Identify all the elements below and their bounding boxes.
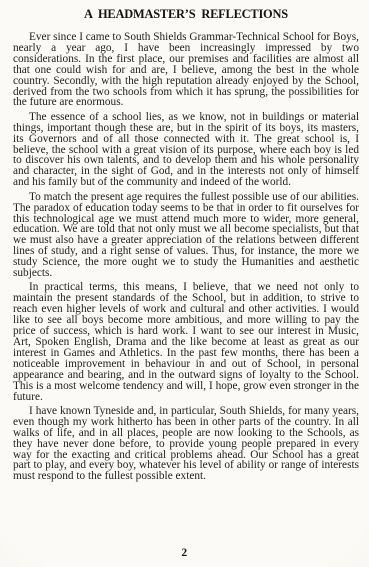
paragraph: To match the present age requires the fu… — [13, 192, 359, 279]
page-title: A HEADMASTER’S REFLECTIONS — [13, 7, 359, 22]
page-number: 2 — [0, 547, 369, 559]
paragraph: The essence of a school lies, as we know… — [13, 112, 359, 188]
document-body: Ever since I came to South Shields Gramm… — [13, 32, 359, 482]
document-page: A HEADMASTER’S REFLECTIONS Ever since I … — [0, 0, 369, 567]
paragraph: I have known Tyneside and, in particular… — [13, 406, 359, 482]
paragraph: In practical terms, this means, I believ… — [13, 282, 359, 402]
paragraph: Ever since I came to South Shields Gramm… — [13, 32, 359, 108]
